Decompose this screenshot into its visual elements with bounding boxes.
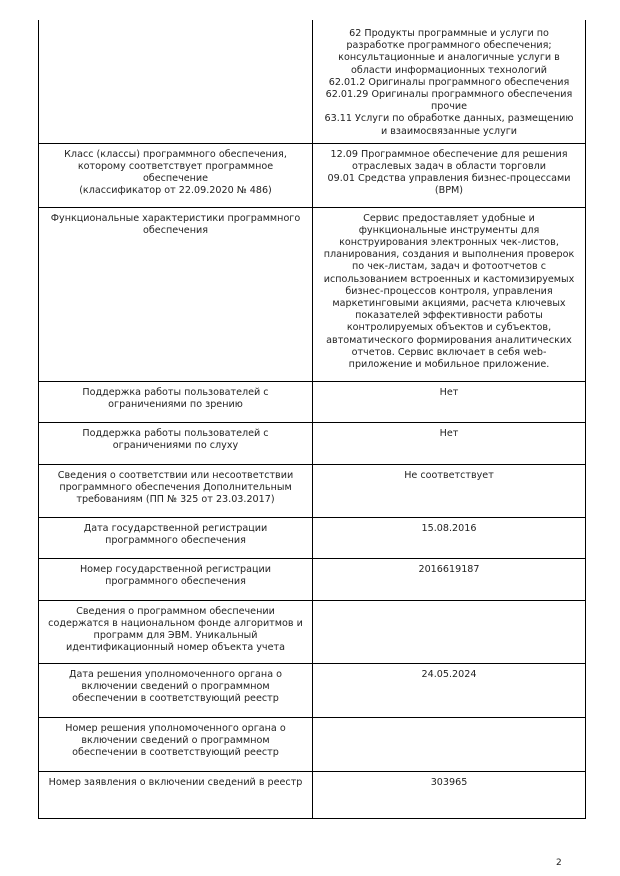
- row-value: Нет: [313, 381, 586, 422]
- table-row: Номер государственной регистрации програ…: [39, 558, 586, 600]
- row-value: [313, 600, 586, 663]
- row-label: Номер заявления о включении сведений в р…: [39, 771, 313, 818]
- row-label: Поддержка работы пользователей с огранич…: [39, 422, 313, 464]
- page-number: 2: [556, 858, 562, 868]
- registry-table: 62 Продукты программные и услуги по разр…: [38, 20, 586, 819]
- row-value: Сервис предоставляет удобные и функциона…: [313, 207, 586, 381]
- row-value: 62 Продукты программные и услуги по разр…: [313, 20, 586, 143]
- row-label: Дата государственной регистрации програм…: [39, 517, 313, 558]
- row-label: [39, 20, 313, 143]
- table-row: Номер решения уполномоченного органа о в…: [39, 717, 586, 771]
- row-value: 24.05.2024: [313, 663, 586, 717]
- table-row: Функциональные характеристики программно…: [39, 207, 586, 381]
- table-row: Дата государственной регистрации програм…: [39, 517, 586, 558]
- row-label: Сведения о соответствии или несоответств…: [39, 464, 313, 517]
- row-value: 15.08.2016: [313, 517, 586, 558]
- row-value: Нет: [313, 422, 586, 464]
- table-row: Номер заявления о включении сведений в р…: [39, 771, 586, 818]
- row-value: 12.09 Программное обеспечение для решени…: [313, 143, 586, 207]
- row-label: Номер решения уполномоченного органа о в…: [39, 717, 313, 771]
- row-label: Дата решения уполномоченного органа о вк…: [39, 663, 313, 717]
- table-row: Поддержка работы пользователей с огранич…: [39, 422, 586, 464]
- document-page: 62 Продукты программные и услуги по разр…: [0, 0, 620, 876]
- row-label: Сведения о программном обеспечении содер…: [39, 600, 313, 663]
- row-label: Функциональные характеристики программно…: [39, 207, 313, 381]
- row-value: Не соответствует: [313, 464, 586, 517]
- table-row: Сведения о программном обеспечении содер…: [39, 600, 586, 663]
- row-value: 2016619187: [313, 558, 586, 600]
- table-row: Дата решения уполномоченного органа о вк…: [39, 663, 586, 717]
- table-row: Поддержка работы пользователей с огранич…: [39, 381, 586, 422]
- row-value: 303965: [313, 771, 586, 818]
- row-value: [313, 717, 586, 771]
- row-label: Поддержка работы пользователей с огранич…: [39, 381, 313, 422]
- table-row: Сведения о соответствии или несоответств…: [39, 464, 586, 517]
- table-row: Класс (классы) программного обеспечения,…: [39, 143, 586, 207]
- table-row: 62 Продукты программные и услуги по разр…: [39, 20, 586, 143]
- row-label: Номер государственной регистрации програ…: [39, 558, 313, 600]
- row-label: Класс (классы) программного обеспечения,…: [39, 143, 313, 207]
